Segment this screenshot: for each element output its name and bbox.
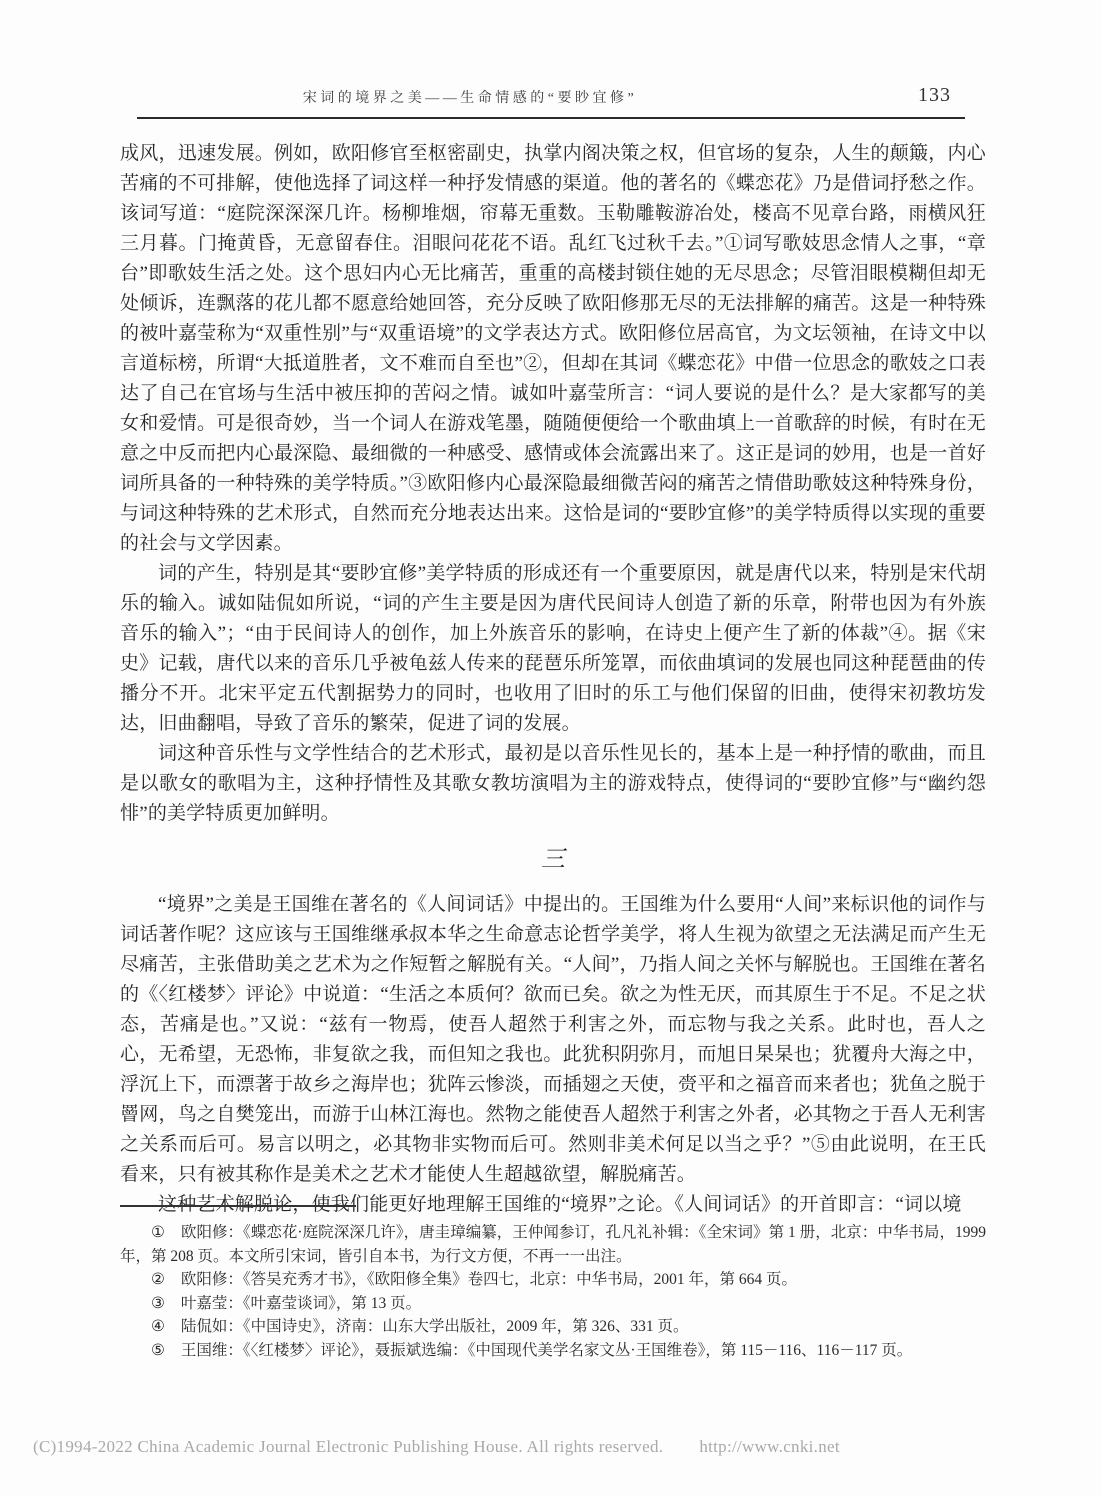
footnote-text: 叶嘉莹：《叶嘉莹谈词》，第 13 页。 [181, 1295, 421, 1312]
page-number: 133 [918, 84, 951, 107]
body-paragraph: 词这种音乐性与文学性结合的艺术形式，最初是以音乐性见长的，基本上是一种抒情的歌曲… [120, 739, 986, 829]
cnki-copyright-footer: (C)1994-2022 China Academic Journal Elec… [33, 1437, 1073, 1457]
footnote-text: 陆侃如：《中国诗史》，济南：山东大学出版社，2009 年，第 326、331 页… [181, 1318, 689, 1335]
footnote-marker: ② [151, 1271, 165, 1288]
body-paragraph: 成风，迅速发展。例如，欧阳修官至枢密副史，执掌内阁决策之权，但官场的复杂，人生的… [120, 139, 986, 559]
footnote-marker: ⑤ [151, 1342, 165, 1359]
footnote-marker: ④ [151, 1318, 165, 1335]
footnote-text: 王国维：《〈红楼梦〉评论》，聂振斌选编：《中国现代美学名家文丛·王国维卷》，第 … [181, 1342, 912, 1359]
footnote-item: ③叶嘉莹：《叶嘉莹谈词》，第 13 页。 [120, 1292, 986, 1316]
section-heading: 三 [120, 842, 986, 878]
footnote-marker: ③ [151, 1295, 165, 1312]
footnotes-block: ①欧阳修：《蝶恋花·庭院深深几许》，唐圭璋编纂，王仲闻参订，孔凡礼补辑：《全宋词… [120, 1221, 986, 1362]
footnote-item: ④陆侃如：《中国诗史》，济南：山东大学出版社，2009 年，第 326、331 … [120, 1315, 986, 1339]
body-paragraph: 词的产生，特别是其“要眇宜修”美学特质的形成还有一个重要原因，就是唐代以来，特别… [120, 559, 986, 739]
footnote-text: 欧阳修：《蝶恋花·庭院深深几许》，唐圭璋编纂，王仲闻参订，孔凡礼补辑：《全宋词》… [120, 1224, 986, 1265]
article-body: 成风，迅速发展。例如，欧阳修官至枢密副史，执掌内阁决策之权，但官场的复杂，人生的… [120, 139, 986, 1220]
footnote-text: 欧阳修：《答吴充秀才书》，《欧阳修全集》卷四七，北京：中华书局，2001 年，第… [181, 1271, 797, 1288]
body-paragraph: “境界”之美是王国维在著名的《人间词话》中提出的。王国维为什么要用“人间”来标识… [120, 890, 986, 1190]
journal-page: 宋词的境界之美——生命情感的“要眇宜修” 133 成风，迅速发展。例如，欧阳修官… [0, 0, 1102, 1495]
footnote-item: ①欧阳修：《蝶恋花·庭院深深几许》，唐圭璋编纂，王仲闻参订，孔凡礼补辑：《全宋词… [120, 1221, 986, 1268]
header-rule [137, 117, 965, 119]
footnote-divider [120, 1205, 356, 1207]
footnote-item: ⑤王国维：《〈红楼梦〉评论》，聂振斌选编：《中国现代美学名家文丛·王国维卷》，第… [120, 1339, 986, 1363]
copyright-text: (C)1994-2022 China Academic Journal Elec… [33, 1437, 663, 1456]
footnote-marker: ① [151, 1224, 165, 1241]
footnote-item: ②欧阳修：《答吴充秀才书》，《欧阳修全集》卷四七，北京：中华书局，2001 年，… [120, 1268, 986, 1292]
cnki-url: http://www.cnki.net [699, 1437, 840, 1456]
running-head-title: 宋词的境界之美——生命情感的“要眇宜修” [120, 87, 820, 107]
